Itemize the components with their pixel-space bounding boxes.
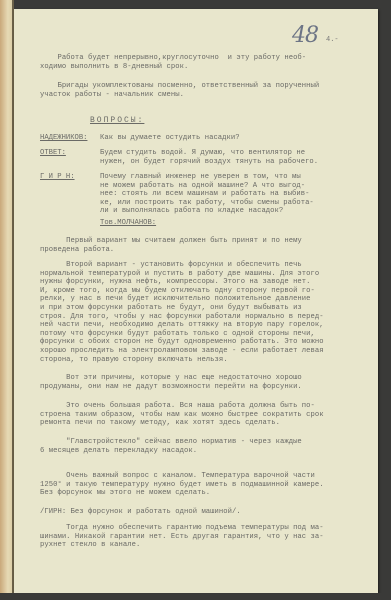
answer-1-text: Будем студить водой. Я думаю, что вентил… <box>100 149 318 166</box>
background-bottom <box>0 593 391 600</box>
questions-heading: ВОПРОСЫ: <box>90 116 144 125</box>
paragraph-reasons: Вот эти причины, которые у нас еще недос… <box>40 374 302 391</box>
question-1-text: Как вы думаете остудить насадки? <box>100 134 240 143</box>
speaker-girn: Г И Р Н: <box>40 173 75 181</box>
speaker-molchanov: Тов.МОЛЧАНОВ: <box>100 219 156 227</box>
paragraph-brigades: Бригады укомплектованы посменно, ответст… <box>40 82 319 99</box>
paragraph-second-variant: Второй вариант - установить форсунки и о… <box>40 261 324 364</box>
paragraph-guarantee: Тогда нужно обеспечить гарантию подъема … <box>40 524 324 550</box>
paragraph-big-work: Это очень большая работа. Вся наша работ… <box>40 402 324 428</box>
speaker-answer: ОТВЕТ: <box>40 149 66 157</box>
question-2-text: Почему главный инженер не уверен в том, … <box>100 173 314 216</box>
document-page: 48 4.- Работа будет непрерывно,круглосут… <box>14 9 378 593</box>
paragraph-channel: Очень важный вопрос с каналом. Температу… <box>40 472 324 498</box>
handwritten-page-number: 48 <box>292 23 318 48</box>
paragraph-first-variant: Первый вариант мы считаем должен быть пр… <box>40 237 302 254</box>
page-number-suffix: 4.- <box>326 36 339 44</box>
paragraph-girn-remark: /ГИРН: Без форсунок и работать одной маш… <box>40 508 241 517</box>
paragraph-work-schedule: Работа будет непрерывно,круглосуточно и … <box>40 54 306 71</box>
paragraph-glavstroysteklo: "Главстройстекло" сейчас ввело норматив … <box>40 438 302 455</box>
speaker-nadezhnikov: НАДЕЖНИКОВ: <box>40 134 87 142</box>
